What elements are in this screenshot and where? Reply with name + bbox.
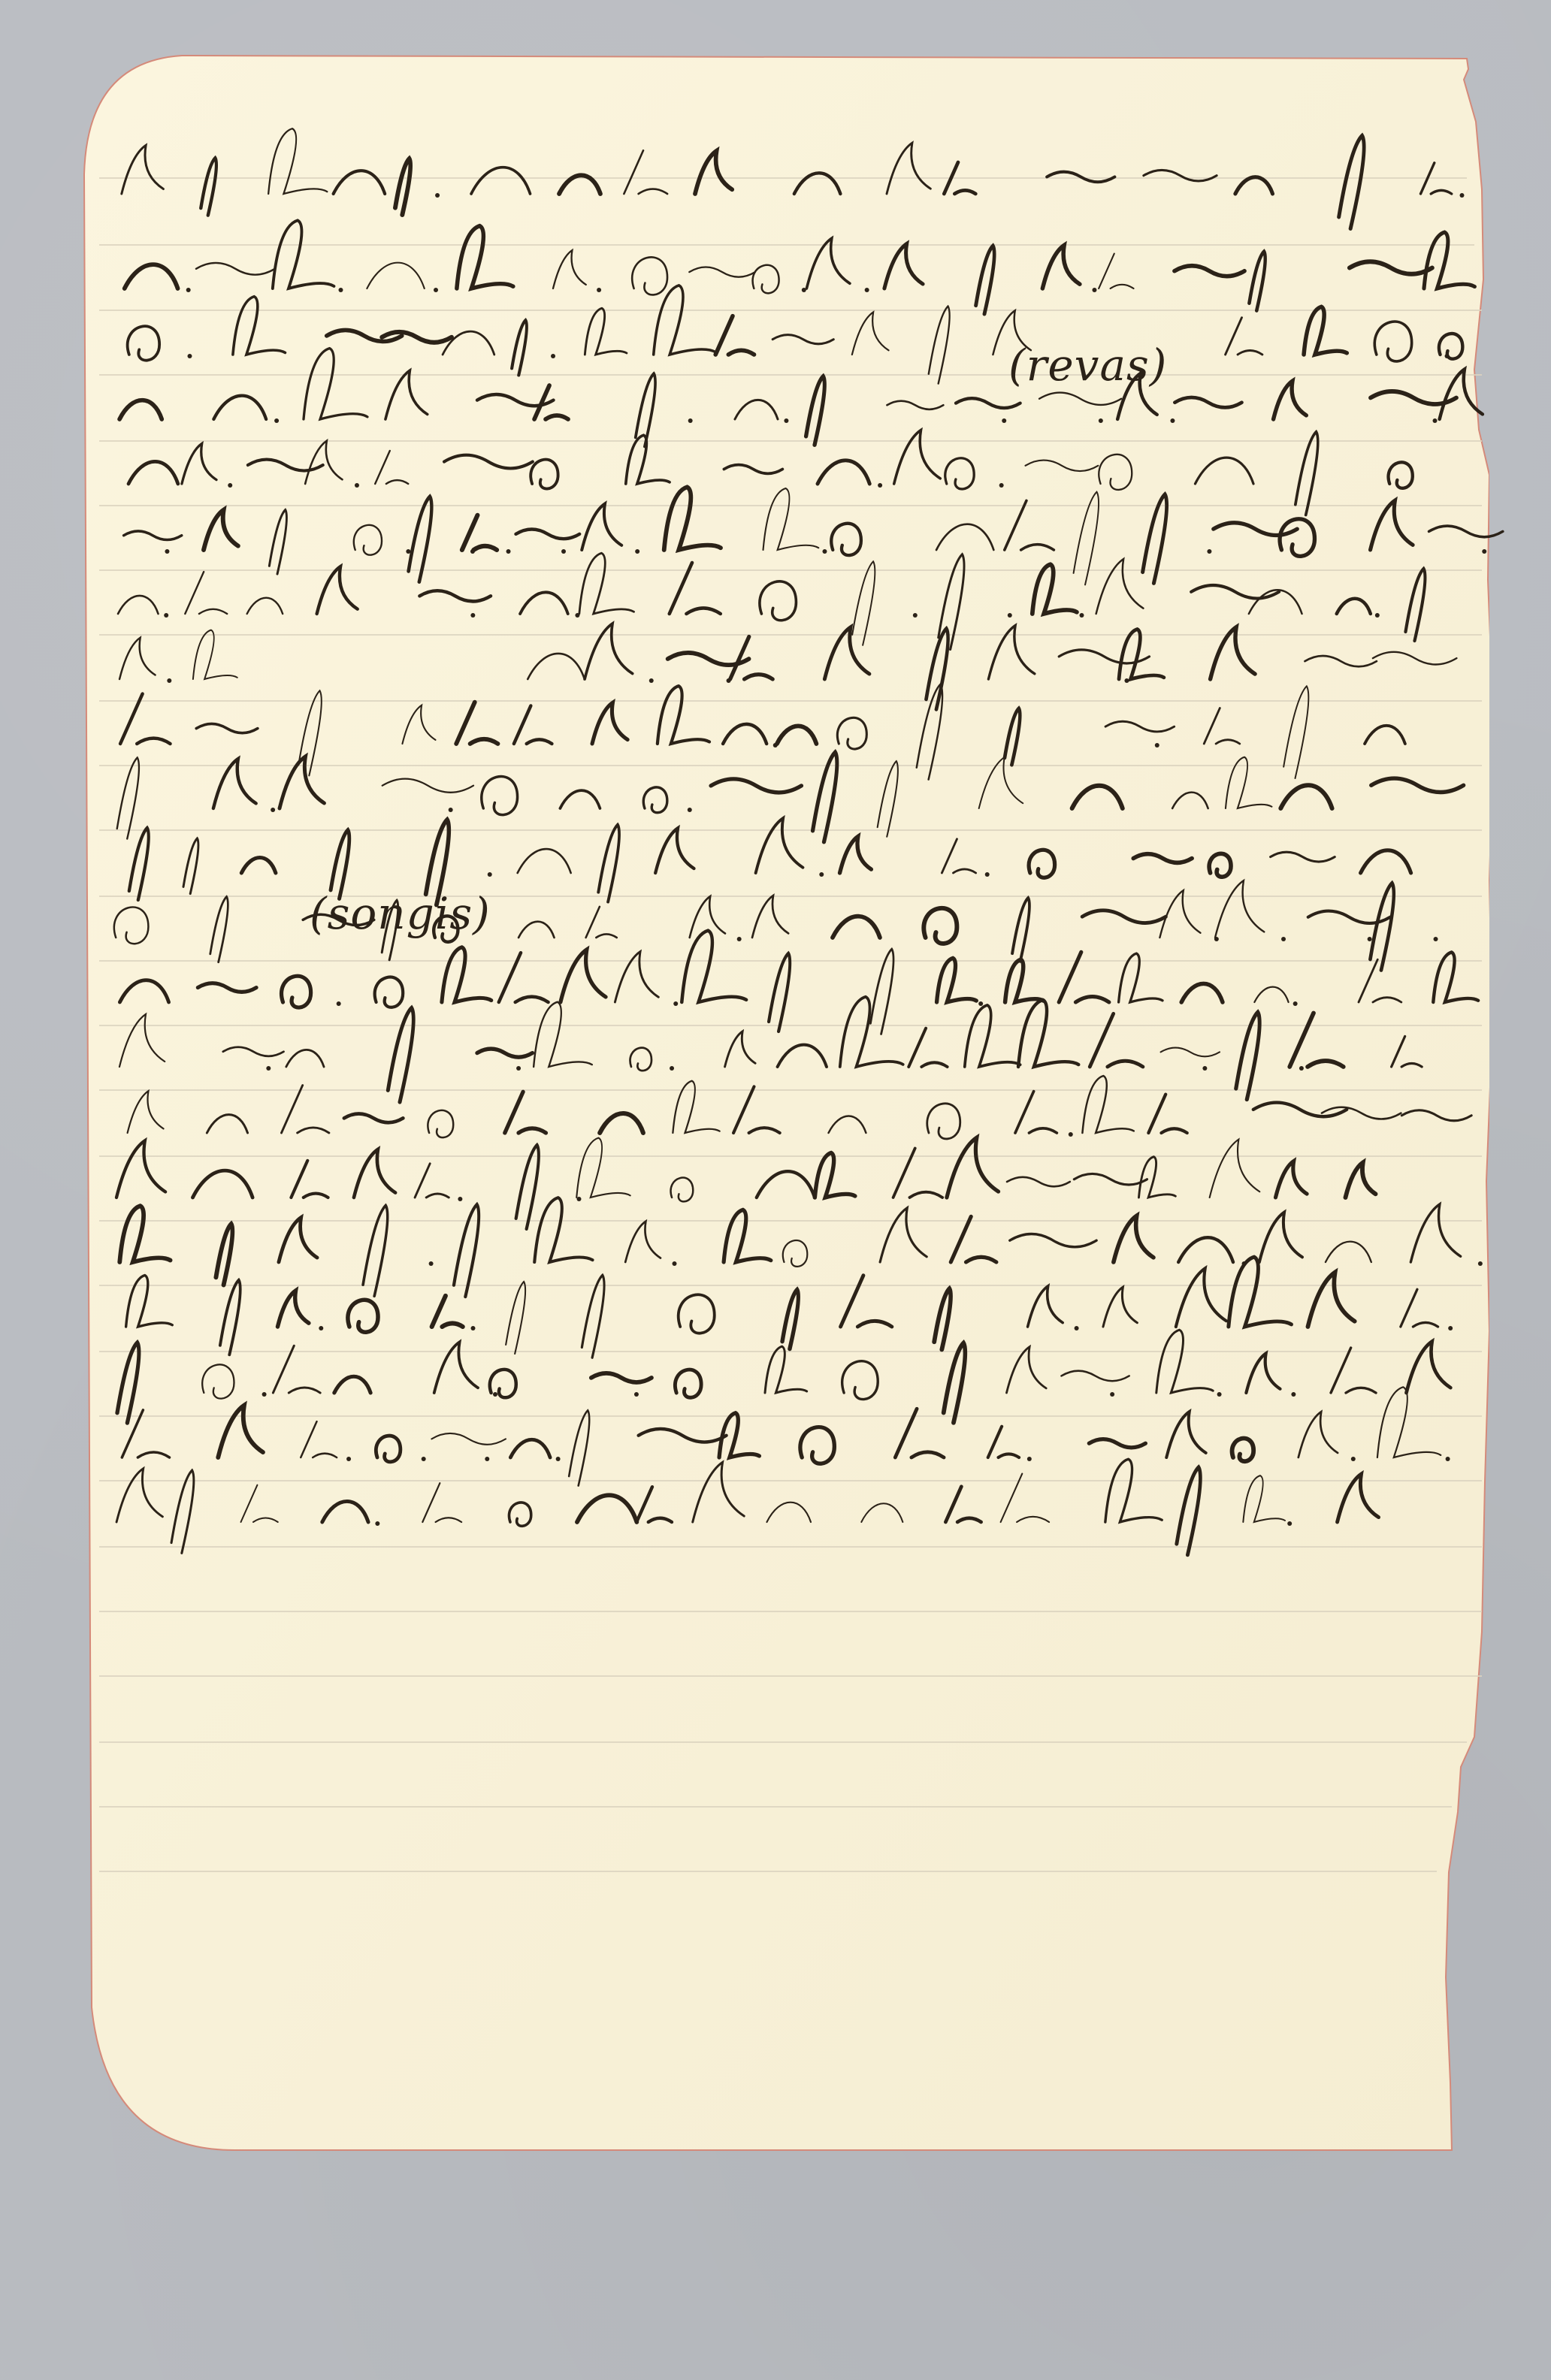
longhand-word: (songis) [310, 888, 491, 939]
shorthand-line [107, 1454, 1474, 1552]
ruled-line [99, 1741, 1467, 1743]
ruled-line [99, 1611, 1482, 1612]
ruled-line [99, 1675, 1482, 1677]
longhand-word: (revas) [1008, 340, 1167, 391]
shorthand-strokes [107, 1454, 1474, 1575]
ruled-line [99, 1806, 1452, 1808]
ruled-line [99, 1871, 1437, 1872]
manuscript-page: (revas) (songis) [77, 54, 1486, 2150]
shorthand-line [107, 126, 1474, 224]
